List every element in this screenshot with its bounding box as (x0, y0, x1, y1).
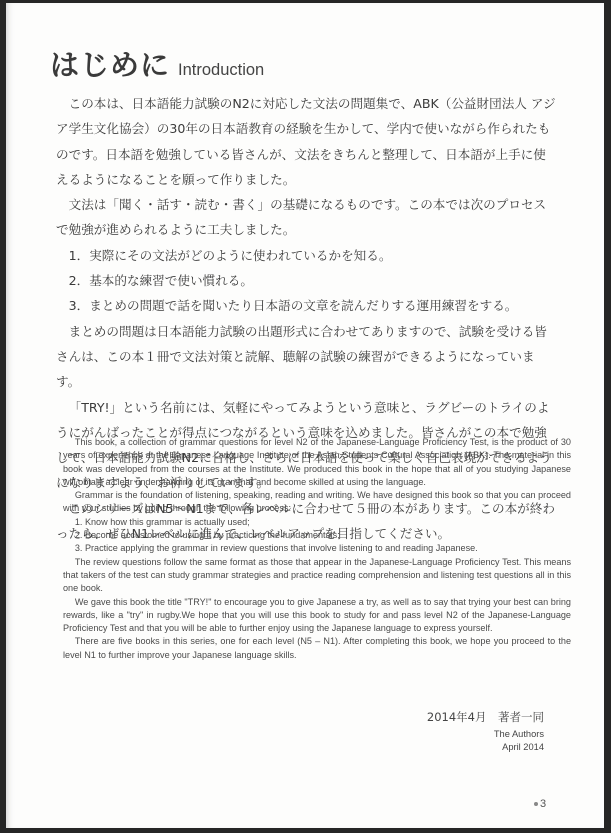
signature-date: April 2014 (427, 741, 544, 754)
signature-authors: The Authors (427, 728, 544, 741)
page-title: はじめに Introduction (50, 43, 264, 84)
en-paragraph: We gave this book the title "TRY!" to en… (63, 596, 571, 636)
ja-list-item: 1．実際にその文法がどのように使われているかを知る。 (56, 243, 556, 268)
title-english: Introduction (178, 61, 264, 80)
en-paragraph: Grammar is the foundation of listening, … (63, 489, 571, 516)
en-list-item: 3. Practice applying the grammar in revi… (63, 542, 571, 555)
author-signature: 2014年4月 著者一同 The Authors April 2014 (427, 709, 544, 753)
signature-japanese: 2014年4月 著者一同 (427, 709, 544, 725)
title-japanese: はじめに (50, 43, 170, 84)
en-paragraph: There are five books in this series, one… (63, 635, 571, 662)
ja-list-item: 2．基本的な練習で使い慣れる。 (56, 268, 556, 293)
ja-paragraph: この本は、日本語能力試験のN2に対応した文法の問題集で、ABK（公益財団法人 ア… (56, 91, 556, 192)
en-paragraph: This book, a collection of grammar quest… (63, 436, 571, 489)
bullet-dot-icon (534, 802, 538, 806)
en-list-item: 1. Know how this grammar is actually use… (63, 516, 571, 529)
ja-paragraph: 文法は「聞く・話す・読む・書く」の基礎になるものです。この本では次のプロセスで勉… (56, 192, 556, 243)
english-introduction: This book, a collection of grammar quest… (63, 436, 571, 662)
en-list-item: 2. Become accustomed to using it by prac… (63, 529, 571, 542)
page-number-value: 3 (540, 798, 546, 810)
page-number: 3 (534, 798, 546, 810)
en-paragraph: The review questions follow the same for… (63, 556, 571, 596)
ja-list-item: 3．まとめの問題で話を聞いたり日本語の文章を読んだりする運用練習をする。 (56, 293, 556, 318)
ja-paragraph: まとめの問題は日本語能力試験の出題形式に合わせてありますので、試験を受ける皆さん… (56, 319, 556, 395)
book-page: はじめに Introduction この本は、日本語能力試験のN2に対応した文法… (6, 3, 604, 828)
